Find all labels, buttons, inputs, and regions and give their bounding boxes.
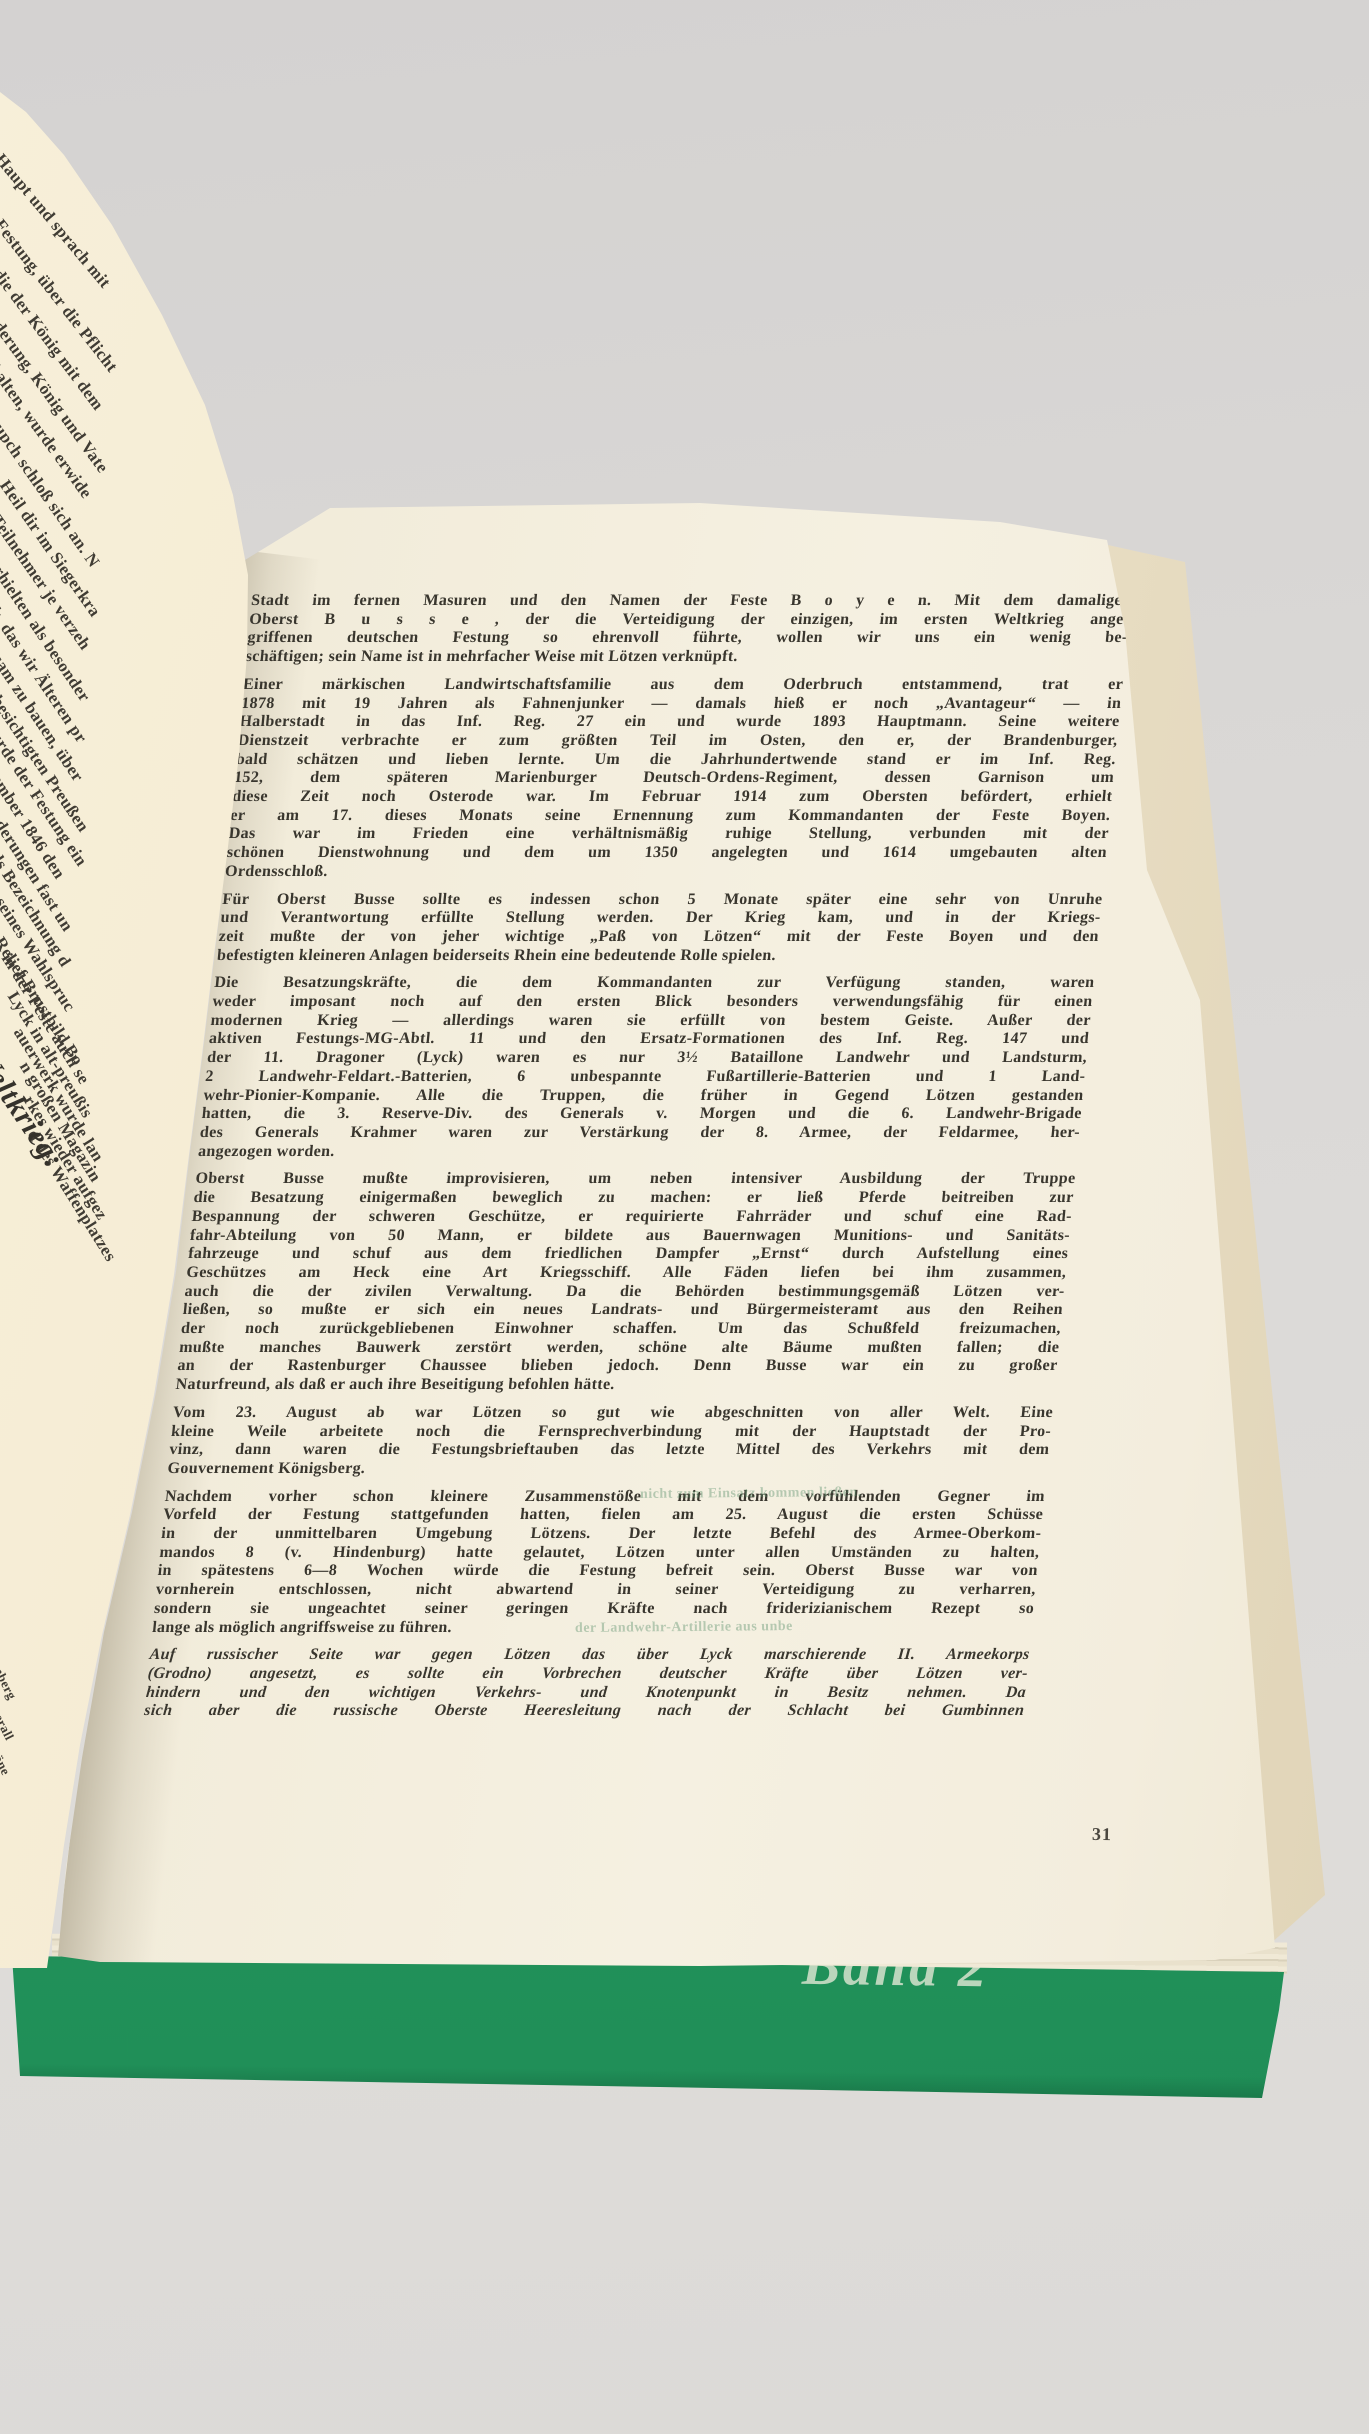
text-line: Geschützes am Heck eine Art Kriegsschiff… [186, 1264, 1068, 1283]
text-line: an der Rastenburger Chaussee blieben jed… [176, 1357, 1058, 1376]
text-line: schönen Dienstwohnung und dem um 1350 an… [226, 844, 1108, 863]
text-line: diese Zeit noch Osterode war. Im Februar… [231, 788, 1113, 807]
text-line: Oberst B u s s e , der die Verteidigung … [248, 611, 1130, 630]
paragraph: Oberst Busse mußte improvisieren, um neb… [175, 1170, 1077, 1394]
text-line: griffenen deutschen Festung so ehrenvoll… [247, 629, 1129, 648]
text-line: ließen, so mußte er sich ein neues Landr… [182, 1301, 1064, 1320]
text-line: auch die der zivilen Verwaltung. Da die … [184, 1283, 1066, 1302]
show-through-line: der Landwehr-Artillerie aus unbe [575, 1619, 793, 1637]
page-number: 31 [1092, 1824, 1112, 1845]
text-line: in spätestens 6—8 Wochen würde die Festu… [157, 1562, 1039, 1581]
text-line: befestigten kleineren Anlagen beiderseit… [216, 947, 1098, 966]
text-line: hatten, die 3. Reserve-Div. des Generals… [201, 1105, 1083, 1124]
text-line: bald schätzen und lieben lernte. Um die … [235, 751, 1117, 770]
text-line: wehr-Pionier-Kompanie. Alle die Truppen,… [203, 1087, 1085, 1106]
text-line: 2 Landwehr-Feldart.-Batterien, 6 unbespa… [204, 1068, 1086, 1087]
text-line: der noch zurückgebliebenen Einwohner sch… [180, 1320, 1062, 1339]
text-line: vornherein entschlossen, nicht abwartend… [155, 1581, 1037, 1600]
text-line: aktiven Festungs-MG-Abtl. 11 und den Ers… [208, 1030, 1090, 1049]
page-text: Stadt im fernen Masuren und den Namen de… [142, 592, 1132, 1730]
text-line: die Besatzung einigermaßen beweglich zu … [193, 1189, 1075, 1208]
text-line: und Verantwortung erfüllte Stellung werd… [220, 909, 1102, 928]
text-line: Bespannung der schweren Geschütze, er re… [191, 1208, 1073, 1227]
text-line: sondern sie ungeachtet seiner geringen K… [153, 1600, 1035, 1619]
text-line: hindern und den wichtigen Verkehrs- und … [145, 1684, 1027, 1703]
text-line: Einer märkischen Landwirtschaftsfamilie … [242, 676, 1124, 695]
text-line: angezogen worden. [197, 1143, 1079, 1162]
text-line: fahrzeuge und schuf aus dem friedlichen … [187, 1245, 1069, 1264]
text-line: der 11. Dragoner (Lyck) waren es nur 3½ … [206, 1049, 1088, 1068]
text-line: modernen Krieg — allerdings waren sie er… [210, 1012, 1092, 1031]
paragraph: Für Oberst Busse sollte es indessen scho… [216, 891, 1103, 966]
show-through-line: nicht zum Einsatz kommen ließen. [640, 1485, 862, 1503]
text-line: des Generals Krahmer waren zur Verstärku… [199, 1124, 1081, 1143]
text-line: Das war im Frieden eine verhältnismäßig … [228, 825, 1110, 844]
text-line: 152, dem späteren Marienburger Deutsch-O… [233, 769, 1115, 788]
text-line: kleine Weile arbeitete noch die Fernspre… [170, 1423, 1052, 1442]
curl-text-fragment: chöne [0, 1740, 14, 1778]
text-line: Die Besatzungskräfte, die dem Kommandant… [213, 974, 1095, 993]
text-line: Dienstzeit verbrachte er zum größten Tei… [237, 732, 1119, 751]
text-line: vinz, dann waren die Festungsbrieftauben… [168, 1441, 1050, 1460]
text-line: weder imposant noch auf den ersten Blick… [212, 993, 1094, 1012]
paragraph: Auf russischer Seite war gegen Lötzen da… [143, 1646, 1030, 1721]
text-line: Nachdem vorher schon kleinere Zusammenst… [164, 1488, 1046, 1507]
text-line: Vorfeld der Festung stattgefunden hatten… [162, 1506, 1044, 1525]
text-line: (Grodno) angesetzt, es sollte ein Vorbre… [147, 1665, 1029, 1684]
text-line: Für Oberst Busse sollte es indessen scho… [221, 891, 1103, 910]
paragraph: Die Besatzungskräfte, die dem Kommandant… [197, 974, 1095, 1161]
text-line: fahr-Abteilung von 50 Mann, er bildete a… [189, 1227, 1071, 1246]
text-line: Stadt im fernen Masuren und den Namen de… [250, 592, 1132, 611]
text-line: sich aber die russische Oberste Heeresle… [143, 1702, 1025, 1721]
text-line: Auf russischer Seite war gegen Lötzen da… [149, 1646, 1031, 1665]
curl-text-fragment: überall [0, 1698, 17, 1743]
book-photo: Band 2 Stadt im fernen Masuren und den N… [0, 0, 1369, 2434]
text-line: mandos 8 (v. Hindenburg) hatte gelautet,… [159, 1544, 1041, 1563]
text-line: mußte manches Bauwerk zerstört werden, s… [178, 1339, 1060, 1358]
paragraph: Vom 23. August ab war Lötzen so gut wie … [167, 1404, 1054, 1479]
text-line: er am 17. dieses Monats seine Ernennung … [230, 807, 1112, 826]
text-line: Ordensschloß. [224, 863, 1106, 882]
text-line: Halberstadt in das Inf. Reg. 27 ein und … [239, 713, 1121, 732]
text-line: schäftigen; sein Name ist in mehrfacher … [245, 648, 1127, 667]
text-line: Vom 23. August ab war Lötzen so gut wie … [172, 1404, 1054, 1423]
paragraph: Nachdem vorher schon kleinere Zusammenst… [151, 1488, 1045, 1638]
text-line: 1878 mit 19 Jahren als Fahnenjunker — da… [240, 695, 1122, 714]
text-line: Oberst Busse mußte improvisieren, um neb… [195, 1170, 1077, 1189]
text-line: Naturfreund, als daß er auch ihre Beseit… [175, 1376, 1057, 1395]
paragraph: Einer märkischen Landwirtschaftsfamilie … [224, 676, 1124, 882]
curl-text-fragment: nenberg [0, 1652, 20, 1702]
text-line: zeit mußte der von jeher wichtige „Paß v… [218, 928, 1100, 947]
text-line: Gouvernement Königsberg. [167, 1460, 1049, 1479]
paragraph: Stadt im fernen Masuren und den Namen de… [245, 592, 1132, 667]
text-line: in der unmittelbaren Umgebung Lötzens. D… [160, 1525, 1042, 1544]
